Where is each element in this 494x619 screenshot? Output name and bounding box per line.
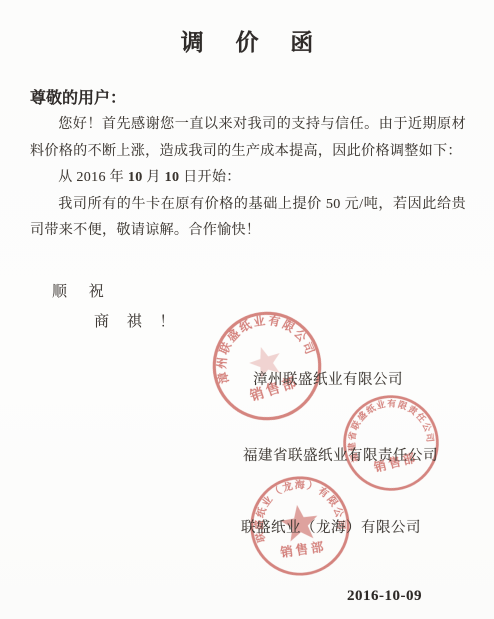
closing-shunzhu: 顺 祝 [52,280,113,301]
document-date: 2016-10-09 [347,588,422,605]
seal-zhangzhou-stamp-icon: 漳州联盛纸业有限公司 销售部 [194,293,340,439]
effective-date-line: 从 2016 年 10 月 10 日开始： [30,164,466,191]
price-adjustment-letter: 调 价 函 尊敬的用户： 您好！首先感谢您一直以来对我司的支持与信任。由于近期原… [0,0,494,619]
seal-department-text: 销售部 [279,539,327,560]
paragraph-intro: 您好！首先感谢您一直以来对我司的支持与信任。由于近期原材料价格的不断上涨，造成我… [30,111,466,164]
company-name-fujian: 福建省联盛纸业有限责任公司 [243,444,438,465]
salutation: 尊敬的用户： [30,85,126,108]
closing-shangqi: 商 祺 ！ [94,310,182,331]
company-name-longhai: 联盛纸业（龙海）有限公司 [241,516,421,537]
paragraph-price-change: 我司所有的牛卡在原有价格的基础上提价 50 元/吨，若因此给贵司带来不便，敬请谅… [30,191,466,244]
company-name-zhangzhou: 漳州联盛纸业有限公司 [253,368,403,389]
letter-body: 您好！首先感谢您一直以来对我司的支持与信任。由于近期原材料价格的不断上涨，造成我… [30,111,466,244]
document-title: 调 价 函 [0,24,494,57]
